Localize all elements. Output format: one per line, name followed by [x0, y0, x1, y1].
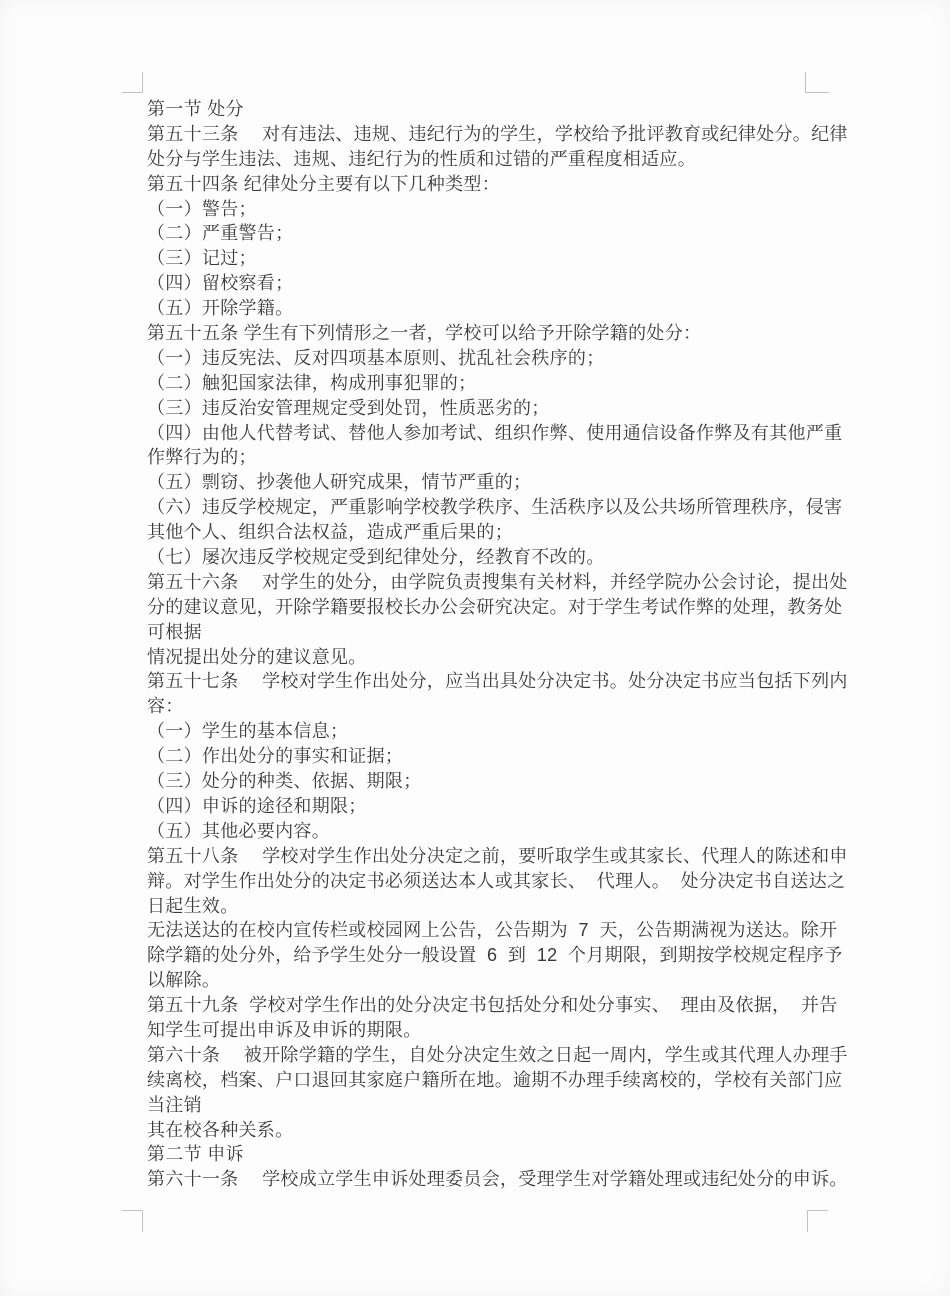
text-line: （一）违反宪法、反对四项基本原则、扰乱社会秩序的； [147, 346, 887, 371]
document-page: 第一节 处分第五十三条 对有违法、违规、违纪行为的学生，学校给予批评教育或纪律处… [0, 0, 950, 1296]
text-line: 第五十九条 学校对学生作出的处分决定书包括处分和处分事实、 理由及依据， 并告 [147, 993, 887, 1018]
page-margin-mark-top-right [805, 72, 829, 93]
text-line: 其在校各种关系。 [147, 1118, 887, 1143]
text-line: 第五十六条 对学生的处分，由学院负责搜集有关材料，并经学院办公会讨论，提出处 [147, 570, 887, 595]
text-line: 除学籍的处分外，给予学生处分一般设置 6 到 12 个月期限，到期按学校规定程序… [147, 943, 887, 968]
text-line: （五）其他必要内容。 [147, 819, 887, 844]
text-line: 知学生可提出申诉及申诉的期限。 [147, 1018, 887, 1043]
text-line: （六）违反学校规定，严重影响学校教学秩序、生活秩序以及公共场所管理秩序，侵害 [147, 495, 887, 520]
text-line: 第五十三条 对有违法、违规、违纪行为的学生，学校给予批评教育或纪律处分。纪律 [147, 122, 887, 147]
text-line: 情况提出处分的建议意见。 [147, 645, 887, 670]
text-line: （五）剽窃、抄袭他人研究成果，情节严重的； [147, 470, 887, 495]
page-margin-mark-bottom-right [807, 1210, 828, 1232]
text-line: 无法送达的在校内宣传栏或校园网上公告，公告期为 7 天，公告期满视为送达。除开 [147, 918, 887, 943]
text-line: 第五十七条 学校对学生作出处分，应当出具处分决定书。处分决定书应当包括下列内 [147, 669, 887, 694]
text-line: 分的建议意见，开除学籍要报校长办公会研究决定。对于学生考试作弊的处理，教务处 [147, 595, 887, 620]
text-line: （四）留校察看； [147, 271, 887, 296]
text-line: 以解除。 [147, 968, 887, 993]
text-line: （一）学生的基本信息； [147, 719, 887, 744]
text-line: （四）申诉的途径和期限； [147, 794, 887, 819]
text-line: （三）违反治安管理规定受到处罚，性质恶劣的； [147, 396, 887, 421]
text-line: 辩。对学生作出处分的决定书必须送达本人或其家长、 代理人。 处分决定书自送达之 [147, 869, 887, 894]
text-line: （三）处分的种类、依据、期限； [147, 769, 887, 794]
text-line: （二）作出处分的事实和证据； [147, 744, 887, 769]
document-text: 第一节 处分第五十三条 对有违法、违规、违纪行为的学生，学校给予批评教育或纪律处… [147, 97, 887, 1192]
text-line: 第六十条 被开除学籍的学生，自处分决定生效之日起一周内，学生或其代理人办理手 [147, 1043, 887, 1068]
text-line: （七）屡次违反学校规定受到纪律处分，经教育不改的。 [147, 545, 887, 570]
text-line: 第一节 处分 [147, 97, 887, 122]
text-line: 处分与学生违法、违规、违纪行为的性质和过错的严重程度相适应。 [147, 147, 887, 172]
text-line: （五）开除学籍。 [147, 296, 887, 321]
page-margin-mark-top-left [122, 72, 143, 93]
text-line: 作弊行为的； [147, 445, 887, 470]
text-line: 续离校，档案、户口退回其家庭户籍所在地。逾期不办理手续离校的，学校有关部门应 [147, 1068, 887, 1093]
text-line: 容： [147, 694, 887, 719]
text-line: 第六十一条 学校成立学生申诉处理委员会，受理学生对学籍处理或违纪处分的申诉。 [147, 1167, 887, 1192]
text-line: 当注销 [147, 1093, 887, 1118]
text-line: （二）触犯国家法律，构成刑事犯罪的； [147, 371, 887, 396]
text-line: 可根据 [147, 620, 887, 645]
text-line: （二）严重警告； [147, 221, 887, 246]
text-line: （四）由他人代替考试、替他人参加考试、组织作弊、使用通信设备作弊及有其他严重 [147, 421, 887, 446]
text-line: 第五十四条 纪律处分主要有以下几种类型： [147, 172, 887, 197]
text-line: 其他个人、组织合法权益，造成严重后果的； [147, 520, 887, 545]
text-line: （三）记过； [147, 246, 887, 271]
text-line: （一）警告； [147, 197, 887, 222]
page-margin-mark-bottom-left [122, 1210, 143, 1232]
text-line: 日起生效。 [147, 894, 887, 919]
text-line: 第五十八条 学校对学生作出处分决定之前，要听取学生或其家长、代理人的陈述和申 [147, 844, 887, 869]
text-line: 第二节 申诉 [147, 1142, 887, 1167]
text-line: 第五十五条 学生有下列情形之一者，学校可以给予开除学籍的处分： [147, 321, 887, 346]
